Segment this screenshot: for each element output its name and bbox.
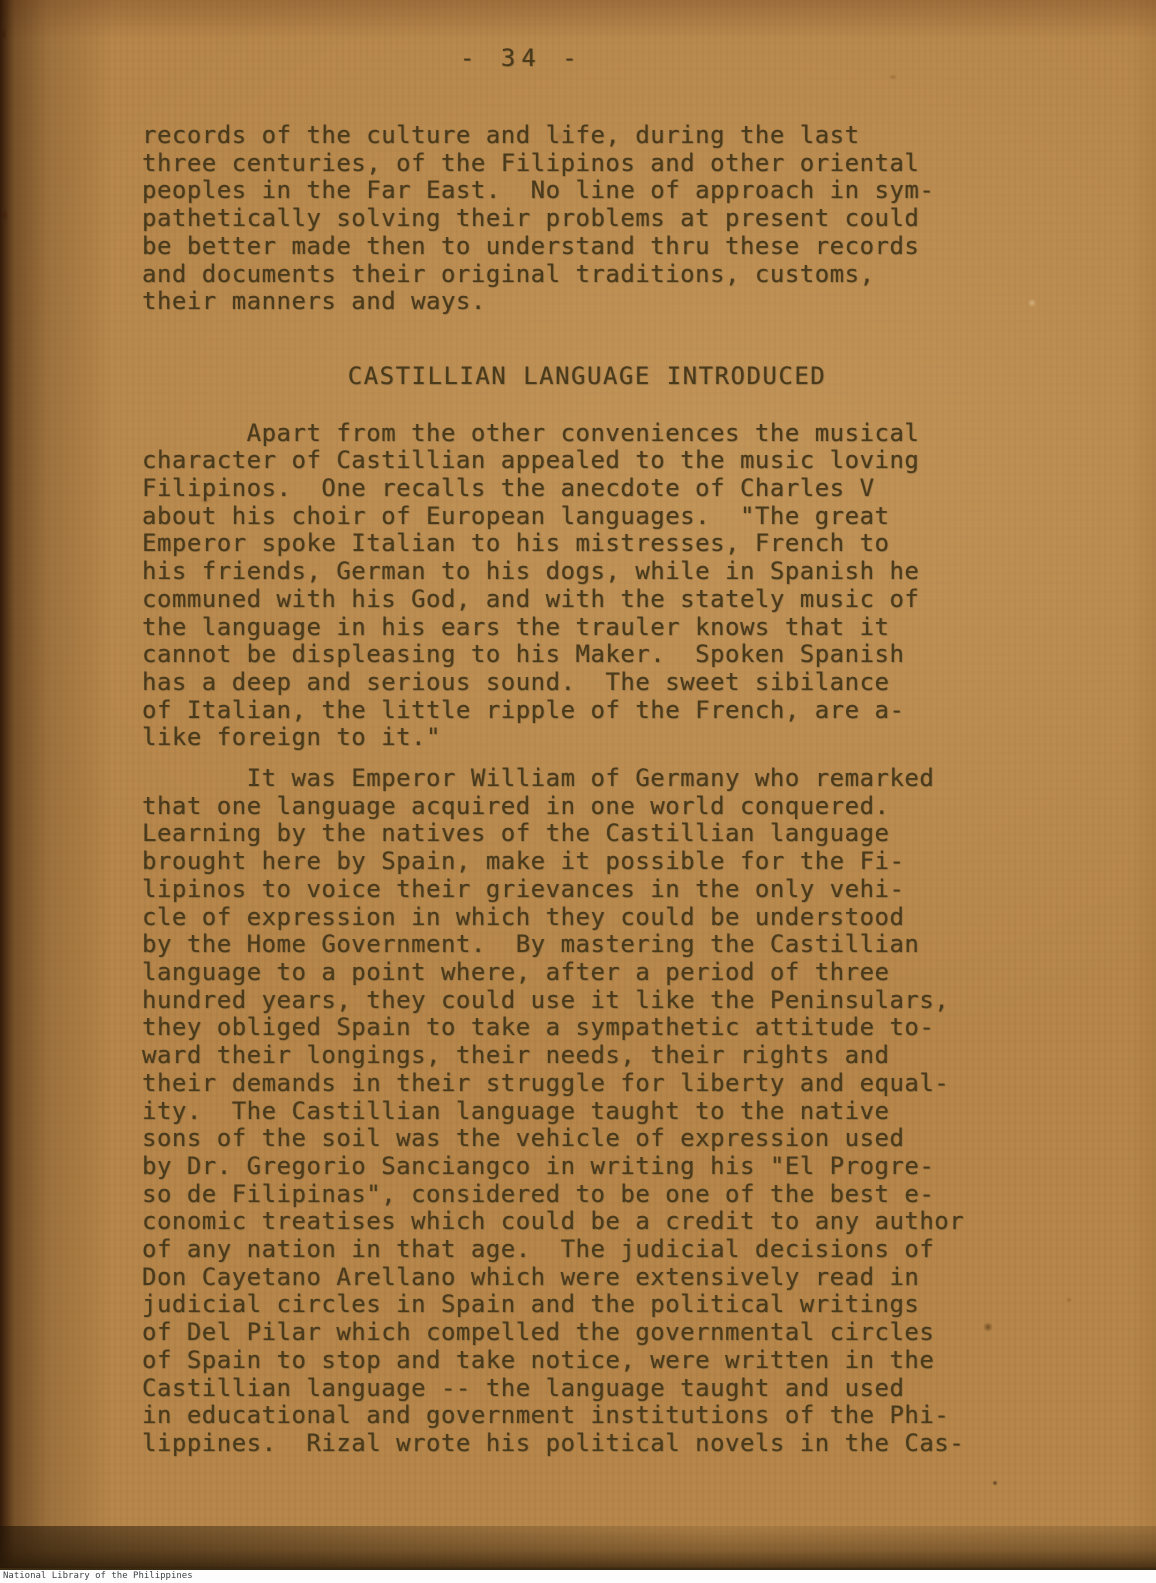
page-number: - 34 - — [460, 44, 583, 72]
paragraph-castillian-appeal: Apart from the other conveniences the mu… — [142, 420, 992, 752]
section-heading: CASTILLIAN LANGUAGE INTRODUCED — [162, 363, 1012, 391]
paragraph-emperor-william: It was Emperor William of Germany who re… — [142, 765, 992, 1458]
footer-strip: National Library of the Philippines — [0, 1568, 1156, 1583]
paragraph-continuation: records of the culture and life, during … — [142, 122, 992, 316]
scanned-page: - 34 - records of the culture and life, … — [0, 0, 1156, 1583]
footer-label: National Library of the Philippines — [0, 1572, 193, 1581]
page-bottom-shadow — [0, 1526, 1156, 1570]
page-body: records of the culture and life, during … — [142, 122, 992, 1458]
